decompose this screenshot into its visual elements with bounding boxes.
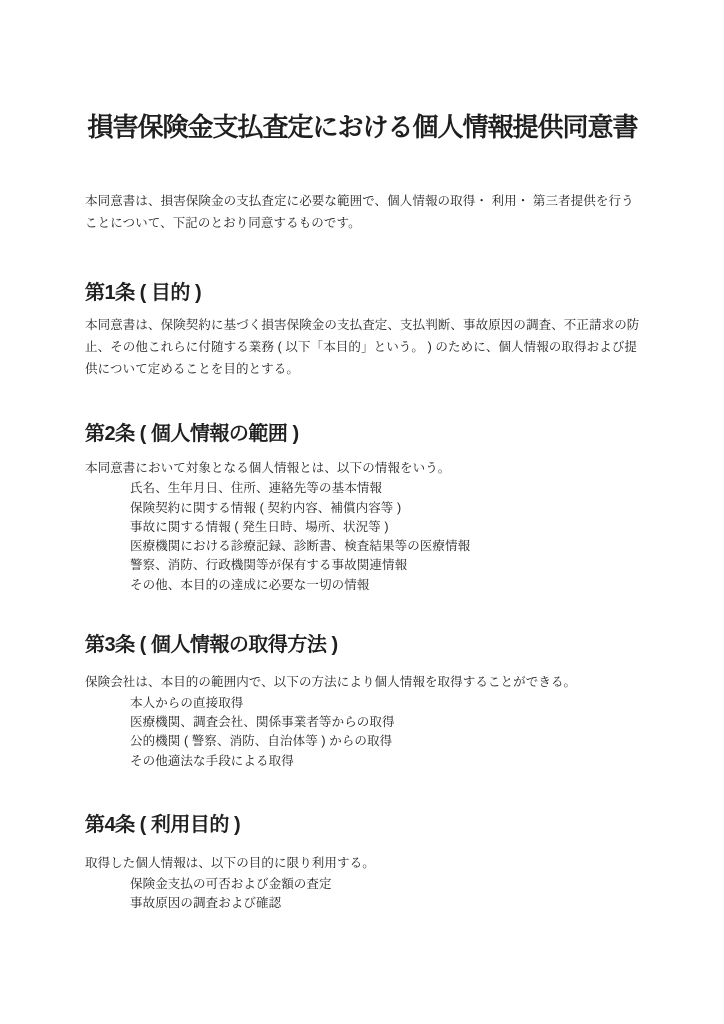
article-2-heading: 第2条 ( 個人情報の範囲 ): [85, 421, 640, 447]
article-2-item-list: 氏名、生年月日、住所、連絡先等の基本情報 保険契約に関する情報 ( 契約内容、補…: [85, 479, 640, 595]
list-item: 事故原因の調査および確認: [130, 894, 640, 913]
section-article-1: 第1条 ( 目的 ) 本同意書は、保険契約に基づく損害保険金の支払査定、支払判断…: [85, 280, 640, 380]
section-article-2: 第2条 ( 個人情報の範囲 ) 本同意書において対象となる個人情報とは、以下の情…: [85, 421, 640, 595]
article-3-body: 保険会社は、本目的の範囲内で、以下の方法により個人情報を取得することができる。: [85, 672, 640, 694]
list-item: 保険契約に関する情報 ( 契約内容、補償内容等 ): [130, 499, 640, 518]
list-item: 医療機関における診療記録、診断書、検査結果等の医療情報: [130, 537, 640, 556]
article-1-body: 本同意書は、保険契約に基づく損害保険金の支払査定、支払判断、事故原因の調査、不正…: [85, 315, 640, 380]
list-item: 保険金支払の可否および金額の査定: [130, 875, 640, 894]
list-item: その他、本目的の達成に必要な一切の情報: [130, 576, 640, 595]
section-article-4: 第4条 ( 利用目的 ) 取得した個人情報は、以下の目的に限り利用する。 保険金…: [85, 812, 640, 913]
list-item: 本人からの直接取得: [130, 694, 640, 713]
article-3-item-list: 本人からの直接取得 医療機関、調査会社、関係事業者等からの取得 公的機関 ( 警…: [85, 694, 640, 771]
article-4-item-list: 保険金支払の可否および金額の査定 事故原因の調査および確認: [85, 875, 640, 914]
document-page: 損害保険金支払査定における個人情報提供同意書 本同意書は、損害保険金の支払査定に…: [0, 0, 724, 1024]
list-item: 公的機関 ( 警察、消防、自治体等 ) からの取得: [130, 732, 640, 751]
intro-paragraph: 本同意書は、損害保険金の支払査定に必要な範囲で、個人情報の取得・ 利用・ 第三者…: [85, 191, 640, 234]
article-3-heading: 第3条 ( 個人情報の取得方法 ): [85, 632, 640, 658]
list-item: 警察、消防、行政機関等が保有する事故関連情報: [130, 556, 640, 575]
list-item: その他適法な手段による取得: [130, 752, 640, 771]
article-4-heading: 第4条 ( 利用目的 ): [85, 812, 640, 838]
section-article-3: 第3条 ( 個人情報の取得方法 ) 保険会社は、本目的の範囲内で、以下の方法によ…: [85, 632, 640, 771]
list-item: 医療機関、調査会社、関係事業者等からの取得: [130, 713, 640, 732]
article-4-body: 取得した個人情報は、以下の目的に限り利用する。: [85, 853, 640, 875]
article-1-heading: 第1条 ( 目的 ): [85, 280, 640, 306]
article-2-body: 本同意書において対象となる個人情報とは、以下の情報をいう。: [85, 458, 640, 480]
document-title: 損害保険金支払査定における個人情報提供同意書: [85, 110, 640, 144]
list-item: 事故に関する情報 ( 発生日時、場所、状況等 ): [130, 518, 640, 537]
list-item: 氏名、生年月日、住所、連絡先等の基本情報: [130, 479, 640, 498]
